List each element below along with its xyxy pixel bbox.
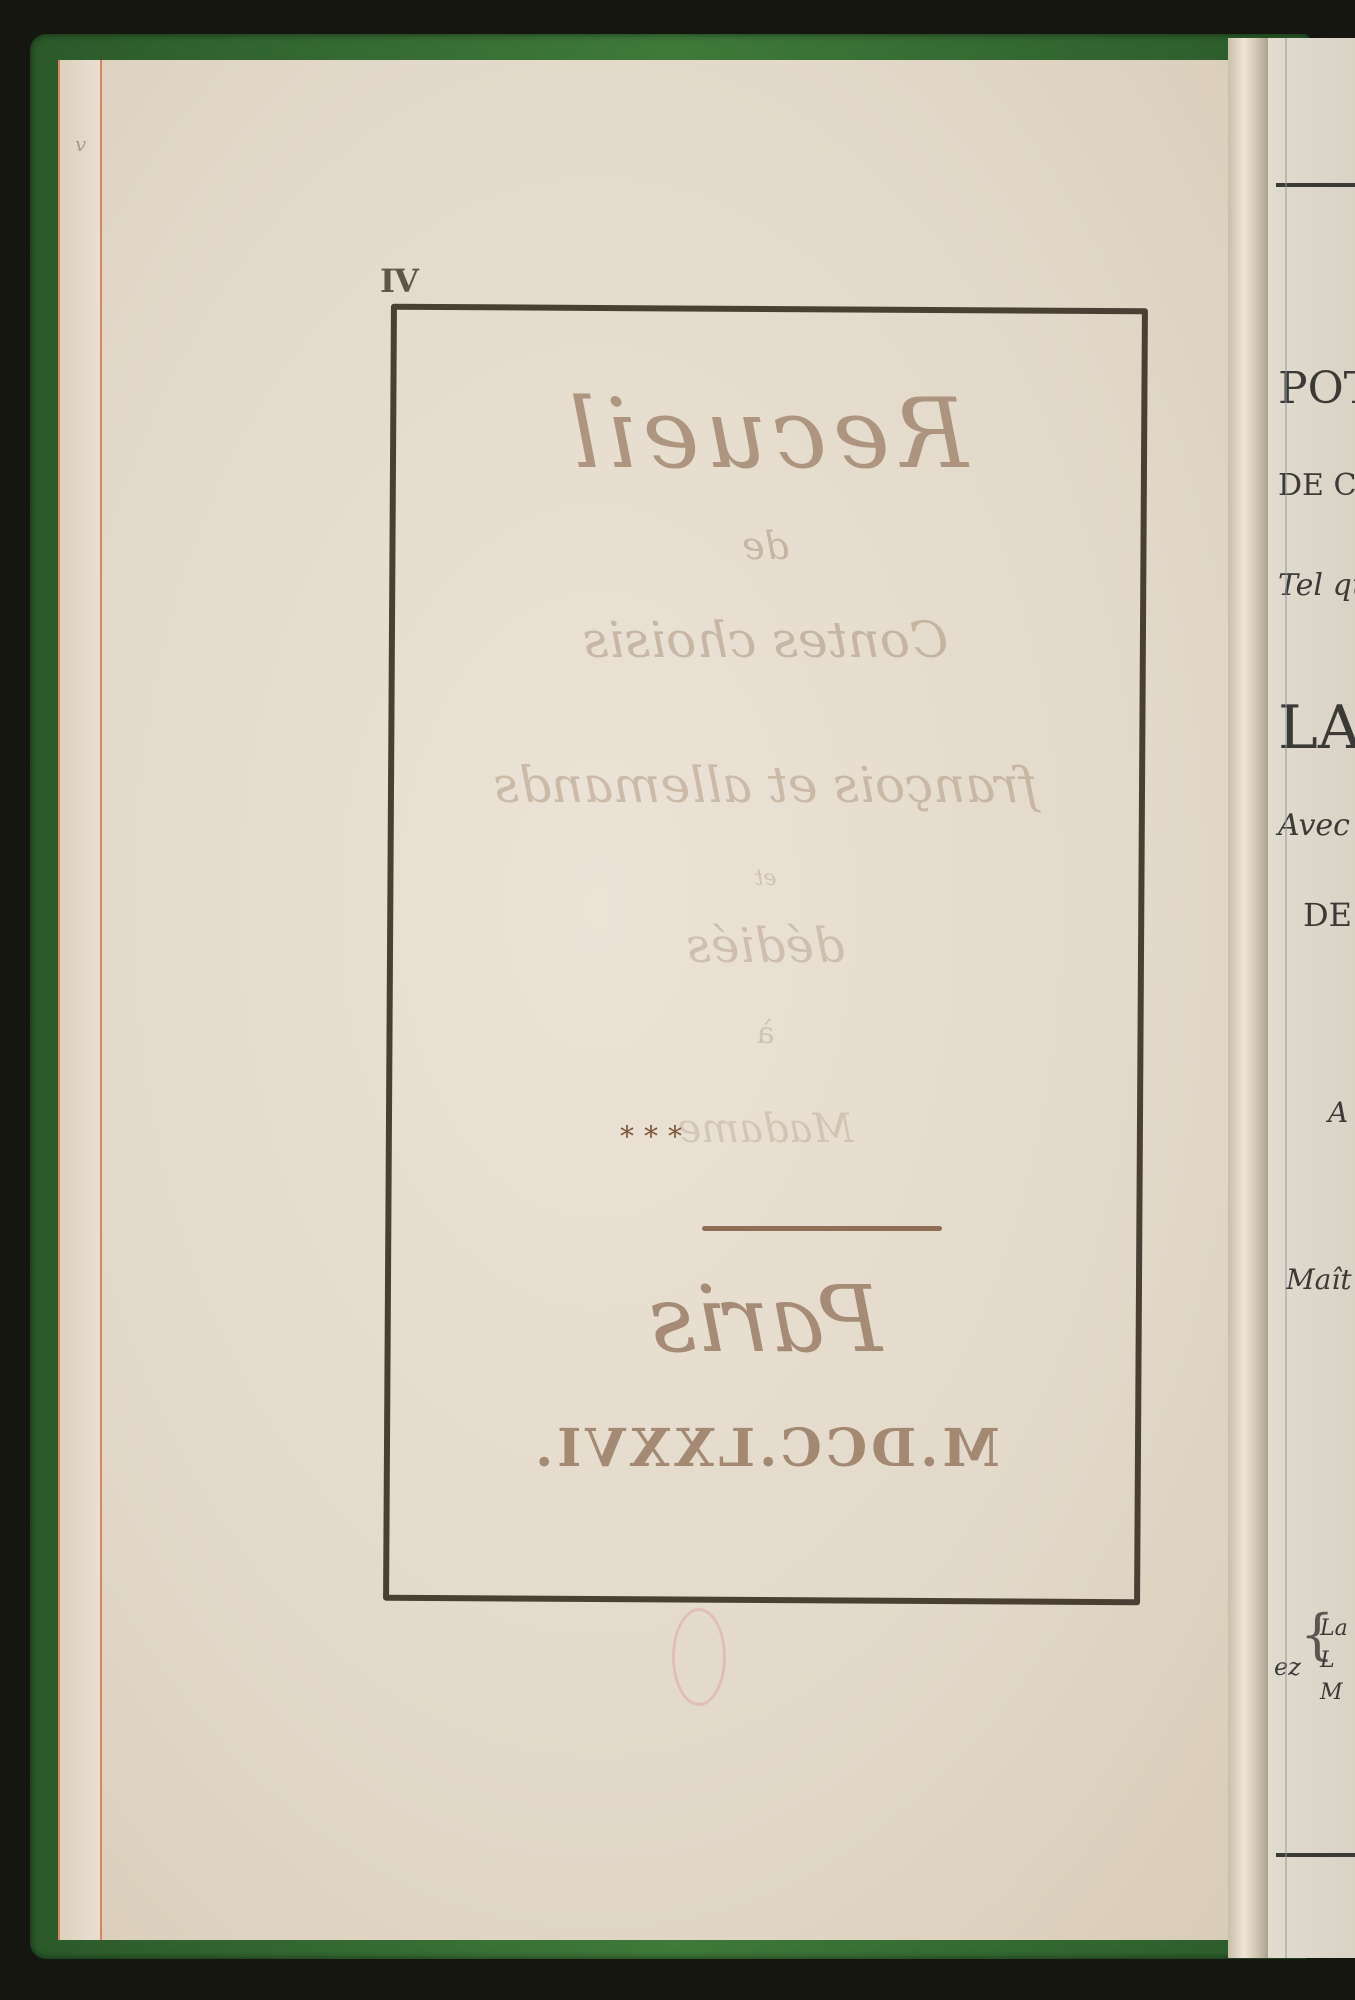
offset-line-de: de [387, 524, 1144, 568]
ink-dash-rule [702, 1226, 942, 1231]
facing-text-avec: Avec [1278, 808, 1350, 843]
offset-line-paris: Paris [387, 1266, 1144, 1373]
offset-line-recueil: Recueil [387, 378, 1144, 490]
facing-text-decon: DE CON [1278, 468, 1355, 503]
offset-line-contes: Contes choisis [387, 611, 1144, 669]
gutter-shadow-line [1285, 38, 1287, 1958]
mirrored-offset-title: Recueil de Contes choisis françois et al… [387, 306, 1144, 1603]
facing-rule-top [1276, 183, 1355, 187]
offset-line-a: à [387, 1016, 1144, 1051]
facing-text-maitre: Maît [1286, 1263, 1352, 1296]
offset-line-date: M.DCC.LXXVI. [387, 1418, 1144, 1479]
library-stamp [672, 1608, 726, 1706]
inner-margin-strip [58, 60, 101, 1940]
facing-text-telqu: Tel qu [1278, 568, 1355, 603]
page-folio: IV [380, 262, 418, 300]
red-edge-rule-inner [100, 60, 102, 1940]
offset-line-francais: françois et allemands [387, 756, 1144, 814]
facing-text-de: DE [1303, 896, 1352, 934]
facing-text-pote: POTE [1278, 363, 1355, 414]
facing-text-l: L [1320, 1648, 1335, 1673]
page-fold-gutter [1228, 38, 1268, 1958]
offset-line-madame: Madame [387, 1106, 1144, 1152]
offset-line-dedies: dédiés [387, 918, 1144, 974]
facing-text-la2: La [1320, 1616, 1348, 1641]
facing-text-ez: ez [1274, 1653, 1301, 1681]
star-ornament: *** [620, 1120, 692, 1153]
offset-line-et: et [387, 866, 1144, 891]
margin-pencil-note: v [75, 132, 86, 156]
red-edge-rule-outer [58, 60, 60, 1940]
facing-rule-bottom [1276, 1853, 1355, 1857]
facing-text-a: A [1328, 1096, 1348, 1129]
facing-text-la: LA [1278, 693, 1355, 763]
facing-text-m: M [1320, 1680, 1343, 1705]
